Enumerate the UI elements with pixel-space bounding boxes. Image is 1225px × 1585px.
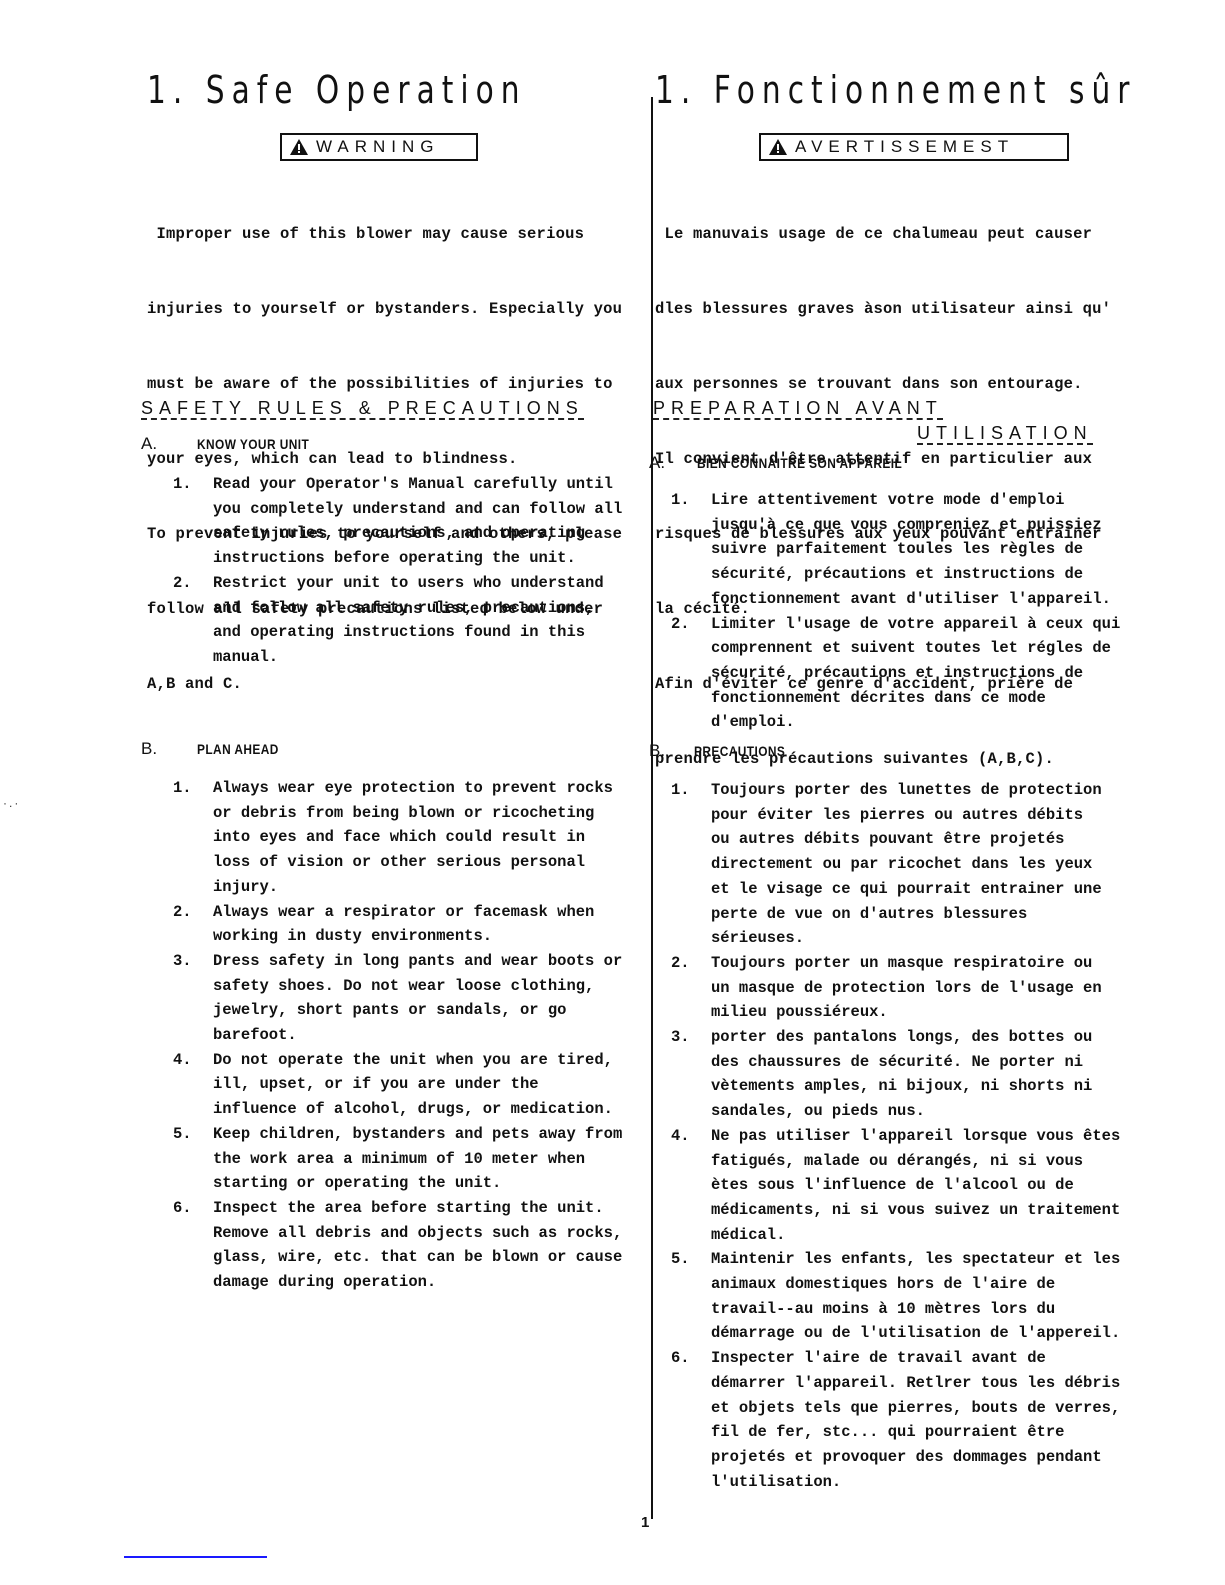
subsection-title: KNOW YOUR UNIT [197, 433, 309, 455]
item-line: safety rules, precautions, and operating [213, 524, 585, 542]
list-item: 6.Inspecter l'aire de travail avant de d… [645, 1346, 1135, 1494]
warning-banner-english: WARNING [280, 133, 478, 161]
item-line: fil de fer, stc... qui pourraient être [711, 1423, 1064, 1441]
list-item: 2.Restrict your unit to users who unders… [147, 571, 642, 670]
item-line: jusqu'à ce que vous compreniez et puissi… [711, 516, 1102, 534]
item-line: the work area a minimum of 10 meter when [213, 1150, 585, 1168]
item-line: Ne pas utiliser l'appareil lorsque vous … [711, 1127, 1120, 1145]
item-line: Do not operate the unit when you are tir… [213, 1051, 613, 1069]
item-line: you completely understand and can follow… [213, 500, 622, 518]
item-line: safety shoes. Do not wear loose clothing… [213, 977, 594, 995]
item-line: pour éviter les pierres ou autres débits [711, 806, 1083, 824]
intro-line: A,B and C. [147, 672, 642, 697]
item-line: Dress safety in long pants and wear boot… [213, 952, 622, 970]
scan-speck: ·.· [3, 796, 20, 810]
item-number: 2. [671, 612, 690, 637]
page-number: 1 [641, 1514, 649, 1531]
item-line: starting or operating the unit. [213, 1174, 501, 1192]
item-number: 1. [671, 778, 690, 803]
subsection-letter: B. [649, 740, 694, 762]
item-line: un masque de protection lors de l'usage … [711, 979, 1102, 997]
stray-link-underline [124, 1556, 267, 1558]
item-line: animaux domestiques hors de l'aire de [711, 1275, 1055, 1293]
item-line: l'utilisation. [711, 1473, 841, 1491]
subsection-a-heading-french: A.BIEN CONNAITRE SON APPAREIL [649, 452, 938, 475]
item-number: 2. [173, 900, 192, 925]
list-item: 1.Toujours porter des lunettes de protec… [645, 778, 1135, 951]
list-item: 1.Read your Operator's Manual carefully … [147, 472, 642, 571]
subsection-a-list-french: 1.Lire attentivement votre mode d'emploi… [645, 488, 1135, 735]
item-line: comprennent et suivent toutes let régles… [711, 639, 1111, 657]
item-number: 5. [173, 1122, 192, 1147]
item-line: sécurité, précautions et instructions de [711, 664, 1083, 682]
item-number: 6. [671, 1346, 690, 1371]
item-line: barefoot. [213, 1026, 297, 1044]
item-line: démarrer l'appareil. Retlrer tous les dé… [711, 1374, 1120, 1392]
item-line: glass, wire, etc. that can be blown or c… [213, 1248, 622, 1266]
item-number: 4. [173, 1048, 192, 1073]
item-line: fonctionnement avant d'utiliser l'appare… [711, 590, 1111, 608]
item-line: et objets tels que pierres, bouts de ver… [711, 1399, 1120, 1417]
item-line: Read your Operator's Manual carefully un… [213, 475, 613, 493]
item-line: ill, upset, or if you are under the [213, 1075, 539, 1093]
item-line: sérieuses. [711, 929, 804, 947]
item-line: into eyes and face which could result in [213, 828, 585, 846]
subsection-letter: A. [141, 433, 197, 455]
warning-label: WARNING [316, 137, 440, 157]
subsection-letter: B. [141, 738, 197, 760]
list-item: 4.Do not operate the unit when you are t… [147, 1048, 642, 1122]
item-number: 1. [173, 472, 192, 497]
item-line: or debris from being blown or ricochetin… [213, 804, 594, 822]
list-item: 4.Ne pas utiliser l'appareil lorsque vou… [645, 1124, 1135, 1248]
item-number: 3. [173, 949, 192, 974]
item-line: médicaments, ni si vous suivez un traite… [711, 1201, 1120, 1219]
intro-line: Le manuvais usage de ce chalumeau peut c… [655, 222, 1135, 247]
item-line: ètes sous l'influence de l'alcool ou de [711, 1176, 1074, 1194]
list-item: 1.Lire attentivement votre mode d'emploi… [645, 488, 1135, 612]
item-line: d'emploi. [711, 713, 795, 731]
item-line: loss of vision or other serious personal [213, 853, 585, 871]
subsection-title: PRECAUTIONS [694, 740, 785, 762]
intro-line: injuries to yourself or bystanders. Espe… [147, 297, 642, 322]
intro-line: must be aware of the possibilities of in… [147, 372, 642, 397]
item-line: porter des pantalons longs, des bottes o… [711, 1028, 1092, 1046]
page-title-english: 1. Safe Operation [147, 68, 527, 112]
subsection-b-list-french: 1.Toujours porter des lunettes de protec… [645, 778, 1135, 1494]
item-line: sandales, ou pieds nus. [711, 1102, 925, 1120]
item-number: 2. [173, 571, 192, 596]
list-item: 6.Inspect the area before starting the u… [147, 1196, 642, 1295]
item-number: 1. [173, 776, 192, 801]
list-item: 2.Toujours porter un masque respiratoire… [645, 951, 1135, 1025]
warning-triangle-icon [769, 139, 787, 155]
list-item: 3.Dress safety in long pants and wear bo… [147, 949, 642, 1048]
item-line: milieu poussiéreux. [711, 1003, 888, 1021]
item-number: 5. [671, 1247, 690, 1272]
warning-banner-french: AVERTISSEMEST [759, 133, 1069, 161]
list-item: 2.Always wear a respirator or facemask w… [147, 900, 642, 949]
section-heading-french-line1: PREPARATION AVANT [653, 398, 943, 420]
page-title-french: 1. Fonctionnement sûr [655, 68, 1136, 112]
item-line: Keep children, bystanders and pets away … [213, 1125, 622, 1143]
item-line: Maintenir les enfants, les spectateur et… [711, 1250, 1120, 1268]
subsection-letter: A. [649, 452, 697, 474]
item-line: ou autres débits pouvant être projetés [711, 830, 1064, 848]
item-line: damage during operation. [213, 1273, 436, 1291]
item-line: projetés et provoquer des dommages penda… [711, 1448, 1102, 1466]
subsection-b-heading-french: B.PRECAUTIONS [649, 740, 801, 763]
item-number: 4. [671, 1124, 690, 1149]
intro-line: aux personnes se trouvant dans son entou… [655, 372, 1135, 397]
item-number: 6. [173, 1196, 192, 1221]
intro-line: Improper use of this blower may cause se… [147, 222, 642, 247]
list-item: 1.Always wear eye protection to prevent … [147, 776, 642, 900]
item-line: Inspect the area before starting the uni… [213, 1199, 604, 1217]
subsection-b-list-english: 1.Always wear eye protection to prevent … [147, 776, 642, 1295]
item-line: démarrage ou de l'utilisation de l'apper… [711, 1324, 1120, 1342]
item-line: instructions before operating the unit. [213, 549, 576, 567]
item-line: Inspecter l'aire de travail avant de [711, 1349, 1046, 1367]
item-line: Toujours porter un masque respiratoire o… [711, 954, 1092, 972]
item-line: working in dusty environments. [213, 927, 492, 945]
item-line: Toujours porter des lunettes de protecti… [711, 781, 1102, 799]
warning-label: AVERTISSEMEST [795, 137, 1014, 157]
item-line: Remove all debris and objects such as ro… [213, 1224, 622, 1242]
item-line: fatigués, malade ou dérangés, ni si vous [711, 1152, 1083, 1170]
item-line: and follow all safety rules, precautions… [213, 599, 594, 617]
section-heading-french-line2: UTILISATION [917, 423, 1093, 445]
item-line: médical. [711, 1226, 785, 1244]
item-line: fonctionnement décrites dans ce mode [711, 689, 1046, 707]
item-line: Limiter l'usage de votre appareil à ceux… [711, 615, 1120, 633]
subsection-a-heading-english: A.KNOW YOUR UNIT [141, 433, 329, 456]
item-line: et le visage ce qui pourrait entrainer u… [711, 880, 1102, 898]
list-item: 2.Limiter l'usage de votre appareil à ce… [645, 612, 1135, 736]
item-line: manual. [213, 648, 278, 666]
subsection-title: BIEN CONNAITRE SON APPAREIL [697, 452, 902, 474]
subsection-a-list-english: 1.Read your Operator's Manual carefully … [147, 472, 642, 670]
intro-line: dles blessures graves àson utilisateur a… [655, 297, 1135, 322]
item-line: jewelry, short pants or sandals, or go [213, 1001, 566, 1019]
item-number: 3. [671, 1025, 690, 1050]
list-item: 5.Keep children, bystanders and pets awa… [147, 1122, 642, 1196]
item-line: suivre parfaitement toules les règles de [711, 540, 1083, 558]
subsection-b-heading-english: B.PLAN AHEAD [141, 738, 293, 761]
item-line: Restrict your unit to users who understa… [213, 574, 604, 592]
item-line: vètements amples, ni bijoux, ni shorts n… [711, 1077, 1092, 1095]
item-line: influence of alcohol, drugs, or medicati… [213, 1100, 613, 1118]
list-item: 3.porter des pantalons longs, des bottes… [645, 1025, 1135, 1124]
item-line: sécurité, précautions et instructions de [711, 565, 1083, 583]
subsection-title: PLAN AHEAD [197, 738, 279, 760]
item-line: directement ou par ricochet dans les yeu… [711, 855, 1092, 873]
item-line: perte de vue on d'autres blessures [711, 905, 1027, 923]
item-line: travail--au moins à 10 mètres lors du [711, 1300, 1055, 1318]
item-line: Always wear a respirator or facemask whe… [213, 903, 594, 921]
item-line: and operating instructions found in this [213, 623, 585, 641]
warning-triangle-icon [290, 139, 308, 155]
item-line: des chaussures de sécurité. Ne porter ni [711, 1053, 1083, 1071]
item-line: Lire attentivement votre mode d'emploi [711, 491, 1064, 509]
list-item: 5.Maintenir les enfants, les spectateur … [645, 1247, 1135, 1346]
item-number: 2. [671, 951, 690, 976]
item-line: Always wear eye protection to prevent ro… [213, 779, 613, 797]
item-line: injury. [213, 878, 278, 896]
section-heading-english: SAFETY RULES & PRECAUTIONS [141, 398, 584, 420]
item-number: 1. [671, 488, 690, 513]
